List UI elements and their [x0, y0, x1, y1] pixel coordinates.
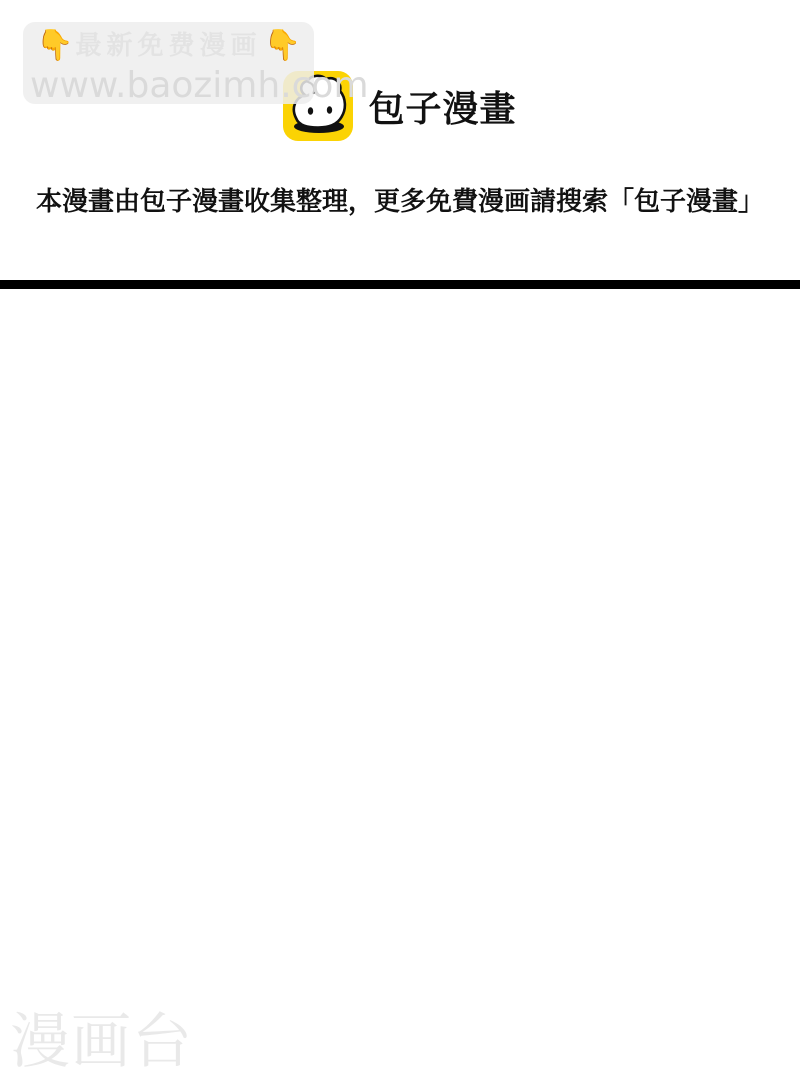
- comic-reader-page: 👇 最新免费漫画 👇 www.baozimh.com 包子漫畫 本漫畫由包子漫畫…: [0, 0, 800, 1082]
- pointing-down-icon: 👇: [36, 30, 73, 62]
- watermark-promo-text: 最新免费漫画: [75, 30, 261, 62]
- notice-text: 本漫畫由包子漫畫收集整理，更多免費漫画請搜索「包子漫畫」: [0, 181, 800, 218]
- baozimh-watermark: 👇 最新免费漫画 👇 www.baozimh.com: [23, 22, 314, 104]
- watermark-site-url: www.baozimh.com: [30, 67, 314, 105]
- manhuatai-watermark: 漫画台: [10, 1012, 193, 1072]
- watermark-promo-line: 👇 最新免费漫画 👇: [23, 30, 314, 62]
- brand-title: 包子漫畫: [368, 81, 516, 132]
- pointing-down-icon: 👇: [264, 30, 301, 62]
- panel-divider: [0, 280, 800, 289]
